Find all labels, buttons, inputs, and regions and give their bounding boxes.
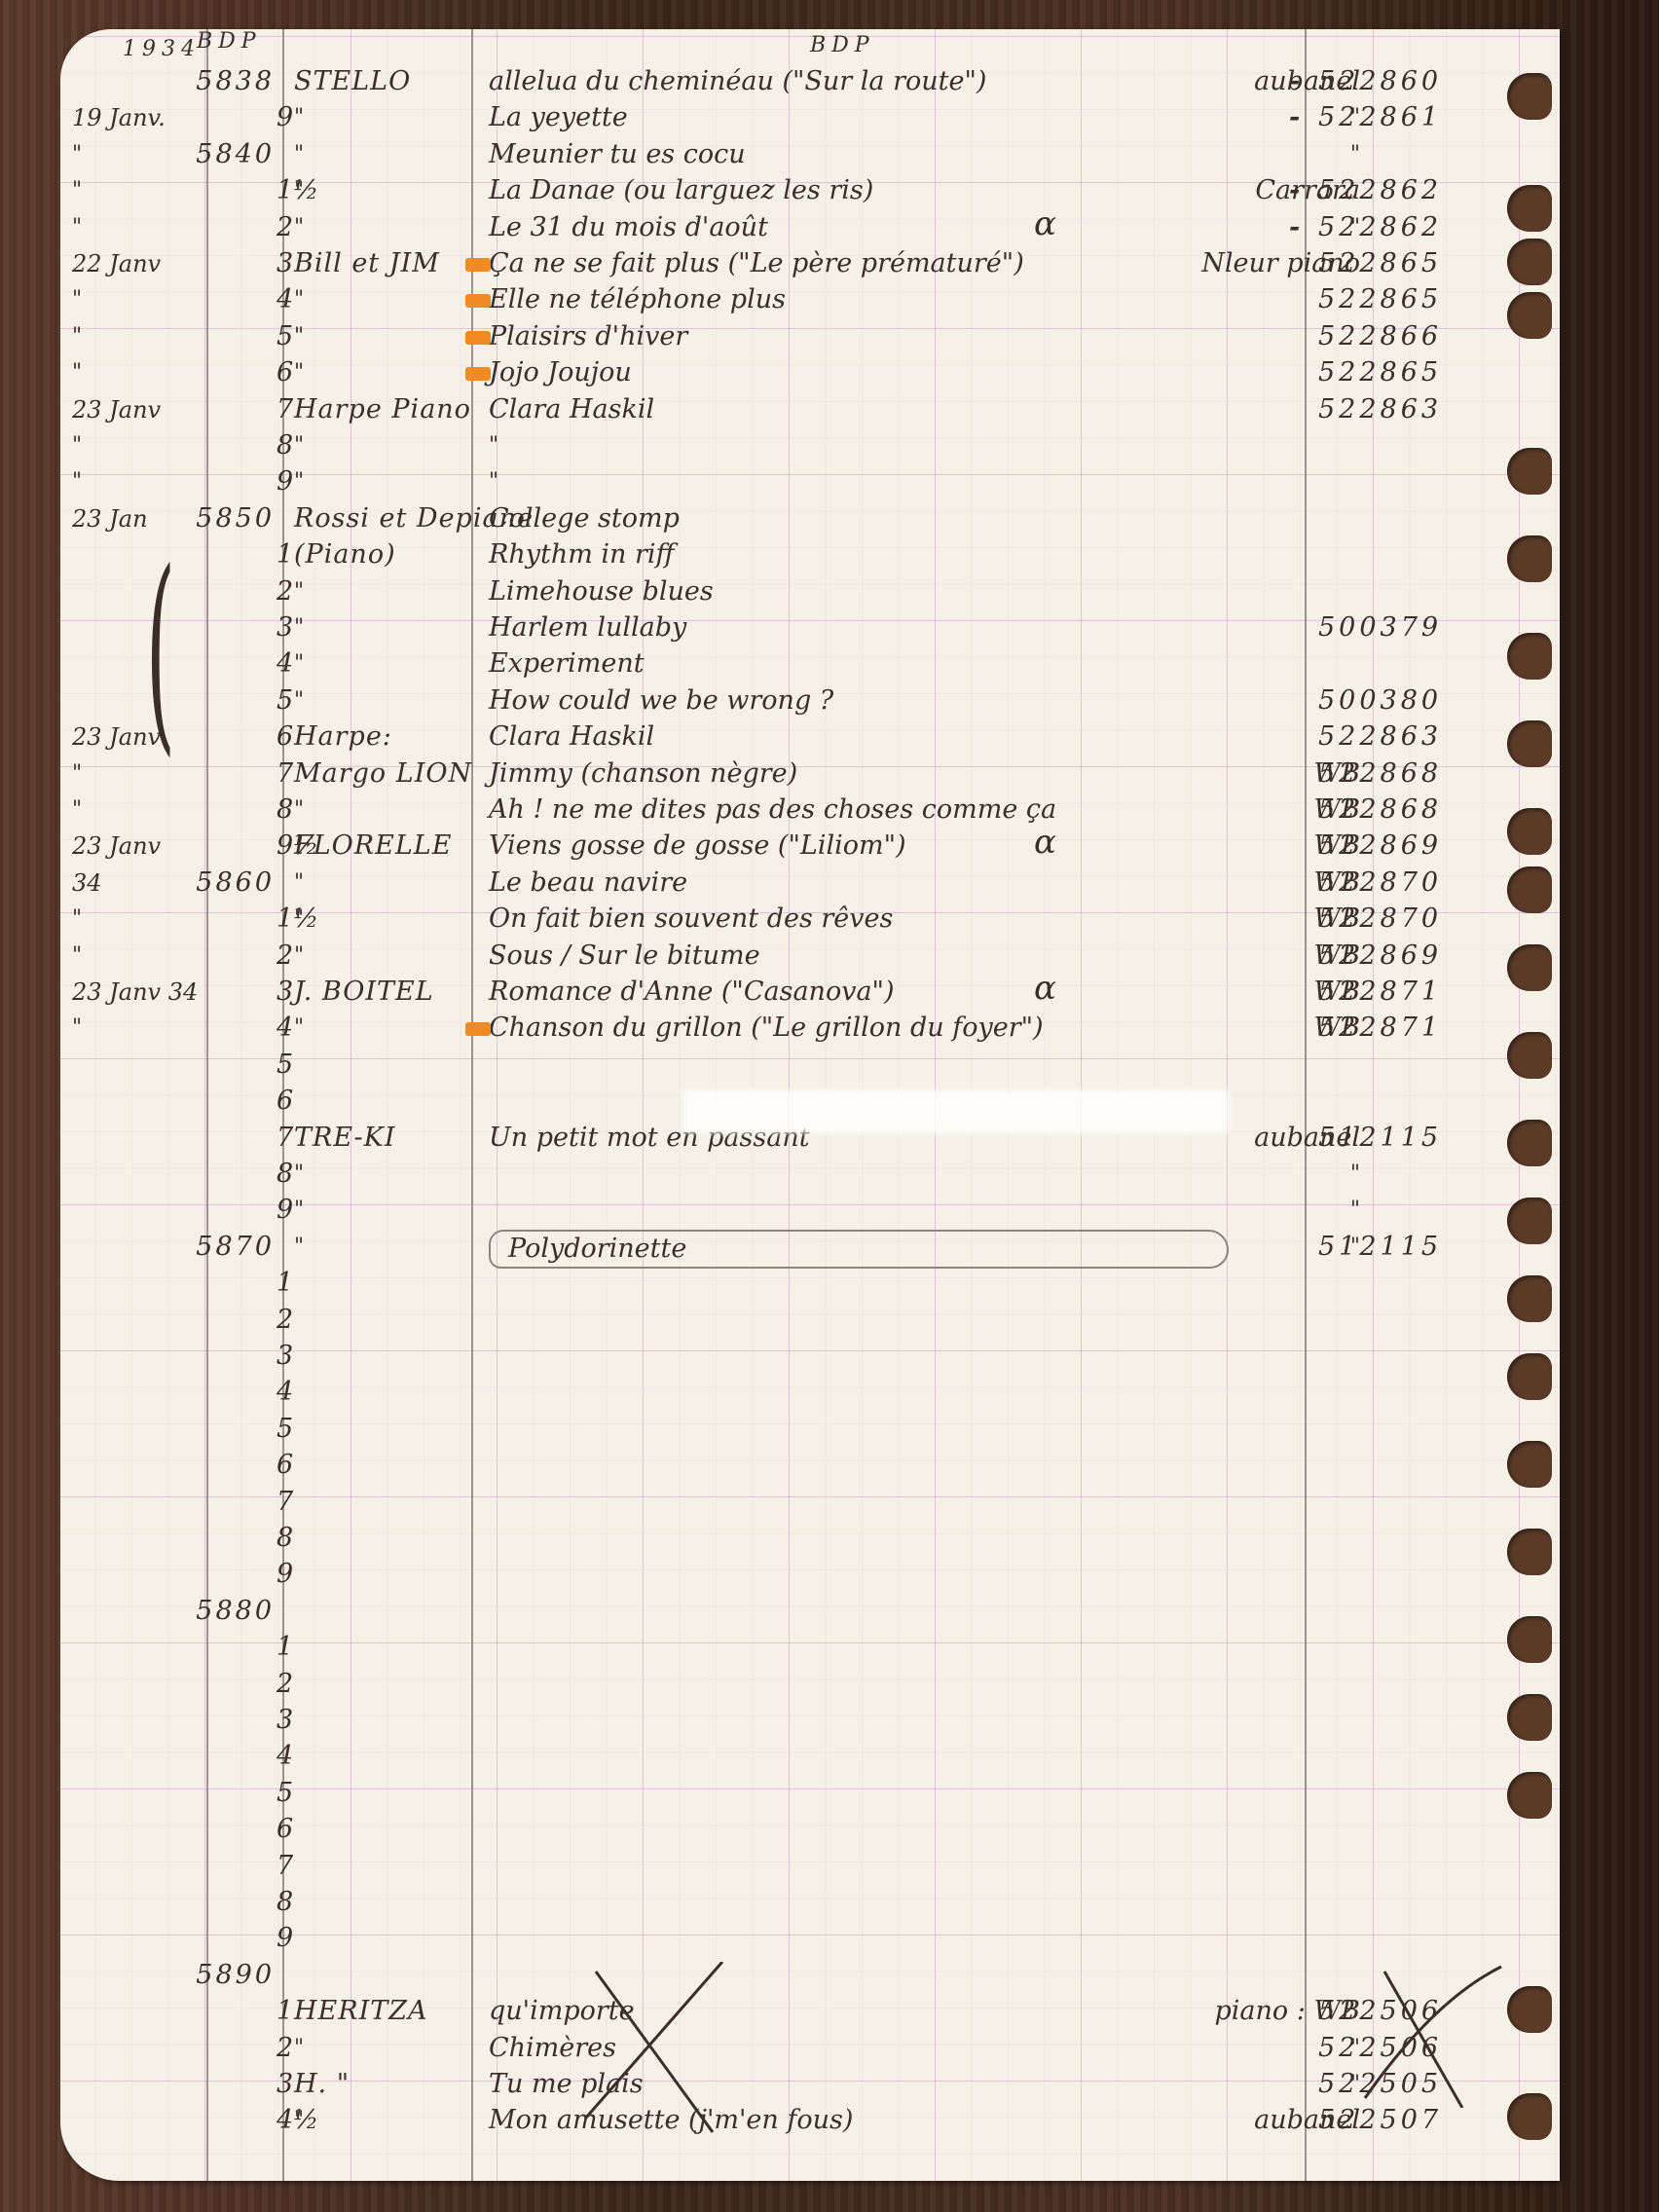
ledger-row: 2: [60, 1303, 1560, 1338]
row-title: Le 31 du mois d'août: [489, 210, 1190, 245]
ledger-row: "6"Jojo Joujou522865: [60, 355, 1560, 390]
binder-hole: [1507, 1616, 1552, 1663]
ledger-row: "4"Elle ne téléphone plus522865: [60, 282, 1560, 317]
ledger-row: 1HERITZAqu'importepiano : WB522506: [60, 1994, 1560, 2029]
ledger-row: 23 Janv 343J. BOITELRomance d'Anne ("Cas…: [60, 975, 1560, 1010]
ledger-row: 7: [60, 1849, 1560, 1884]
binder-hole: [1507, 185, 1552, 232]
orange-highlight-mark: [465, 367, 491, 381]
binder-hole: [1507, 944, 1552, 991]
ledger-row: 1: [60, 1266, 1560, 1301]
row-idx: 6: [276, 1812, 315, 1847]
ledger-row: 23 Janv7Harpe PianoClara Haskil522863: [60, 392, 1560, 427]
bdp-header: BDP: [197, 29, 262, 54]
row-bdp: 5838: [158, 64, 275, 99]
ledger-row: "8"Ah ! ne me dites pas des choses comme…: [60, 793, 1560, 828]
row-matrix: 500380: [1318, 683, 1532, 719]
row-idx: 6: [276, 1448, 315, 1483]
row-title: Experiment: [489, 646, 1190, 682]
binder-hole: [1507, 1441, 1552, 1488]
ledger-row: 23 Janv6Harpe:Clara Haskil522863: [60, 719, 1560, 755]
row-date: 23 Janv 34: [72, 975, 189, 1010]
row-title: Viens gosse de gosse ("Liliom"): [489, 829, 1190, 864]
ledger-row: 9"": [60, 1193, 1560, 1228]
row-date: ": [72, 428, 189, 463]
ledger-row: 5: [60, 1412, 1560, 1447]
binder-hole: [1507, 239, 1552, 285]
row-title: Chanson du grillon ("Le grillon du foyer…: [489, 1011, 1190, 1046]
ledger-row: 8: [60, 1885, 1560, 1920]
row-idx: 8: [276, 1521, 315, 1556]
row-idx: 8: [276, 1885, 315, 1920]
row-matrix: 522868: [1318, 756, 1532, 792]
ledger-row: "7Margo LIONJimmy (chanson nègre)WB52286…: [60, 756, 1560, 792]
binder-hole: [1507, 1772, 1552, 1819]
ledger-row: 1: [60, 1630, 1560, 1665]
row-artist: ": [294, 1157, 528, 1192]
binder-hole: [1507, 866, 1552, 913]
ledger-row: 6: [60, 1448, 1560, 1483]
row-matrix: 522863: [1318, 719, 1532, 755]
row-title: College stomp: [489, 501, 1190, 536]
ledger-row: 5"How could we be wrong ?500380: [60, 683, 1560, 719]
ledger-row: 2: [60, 1667, 1560, 1702]
ledger-row: 3H. "Tu me plais"522505: [60, 2067, 1560, 2102]
row-label: ": [1126, 137, 1360, 172]
ledger-row: 9: [60, 1921, 1560, 1956]
row-bdp: 5860: [158, 866, 275, 901]
ledger-row: 4: [60, 1375, 1560, 1410]
row-idx: 1: [276, 1630, 315, 1665]
row-date: ": [72, 319, 189, 354]
binder-hole: [1507, 1120, 1552, 1166]
ledger-row: 3"Harlem lullaby500379: [60, 610, 1560, 645]
row-idx: 7: [276, 1485, 315, 1520]
row-matrix: 522862: [1318, 210, 1532, 245]
row-matrix: 512115: [1318, 1121, 1532, 1156]
binder-hole: [1507, 1032, 1552, 1079]
binder-hole: [1507, 448, 1552, 495]
row-bdp: 5890: [158, 1958, 275, 1993]
row-title: Jimmy (chanson nègre): [489, 756, 1190, 792]
row-date: 23 Janv: [72, 829, 189, 864]
ledger-row: "8"": [60, 428, 1560, 463]
ledger-row: 6: [60, 1812, 1560, 1847]
row-matrix: 522871: [1318, 975, 1532, 1010]
row-matrix: 522868: [1318, 793, 1532, 828]
ledger-row: "5840"Meunier tu es cocu": [60, 137, 1560, 172]
row-title: How could we be wrong ?: [489, 683, 1190, 719]
row-matrix: 522869: [1318, 939, 1532, 974]
row-label: ": [1126, 1157, 1360, 1192]
year-note: 1934: [123, 37, 201, 61]
ledger-row: "9"": [60, 464, 1560, 499]
ledger-row: 4½"Mon amusette (j'm'en fous)aubanel5225…: [60, 2103, 1560, 2138]
row-idx: 9: [276, 1921, 315, 1956]
ledger-row: 9: [60, 1557, 1560, 1592]
ledger-row: 4: [60, 1739, 1560, 1774]
row-title: Elle ne téléphone plus: [489, 282, 1190, 317]
row-idx: 5: [276, 1412, 315, 1447]
row-matrix: 522869: [1318, 829, 1532, 864]
ledger-row: 1(Piano)Rhythm in riff: [60, 537, 1560, 572]
row-title: Clara Haskil: [489, 392, 1190, 427]
row-idx: 2: [276, 1303, 315, 1338]
row-idx: 4: [276, 1739, 315, 1774]
alpha-annotation-mark: α: [1034, 823, 1056, 862]
row-title: Romance d'Anne ("Casanova"): [489, 975, 1190, 1010]
row-idx: 3: [276, 1339, 315, 1374]
row-title: Polydorinette: [489, 1230, 1229, 1269]
binder-hole: [1507, 720, 1552, 767]
row-title: On fait bien souvent des rêves: [489, 902, 1190, 937]
row-idx: 5: [276, 1776, 315, 1811]
row-idx: 7: [276, 1849, 315, 1884]
row-matrix: 522865: [1318, 355, 1532, 390]
row-title: ": [489, 428, 1190, 463]
binder-hole: [1507, 1198, 1552, 1244]
row-matrix: 522507: [1318, 2103, 1532, 2138]
ledger-row: 8"": [60, 1157, 1560, 1192]
row-matrix: 522863: [1318, 392, 1532, 427]
row-date: ": [72, 793, 189, 828]
row-date: 23 Janv: [72, 392, 189, 427]
ledger-row: 7: [60, 1485, 1560, 1520]
row-bdp: 5880: [158, 1594, 275, 1629]
cross-out-mark-titles: [567, 1962, 742, 2137]
row-label: ": [1126, 1193, 1360, 1228]
bdp-header-title: BDP: [810, 33, 875, 57]
orange-highlight-mark: [465, 258, 491, 272]
row-bdp: 5840: [158, 137, 275, 172]
row-idx: 3: [276, 1703, 315, 1738]
binder-hole: [1507, 1529, 1552, 1575]
ledger-row: 23 Janv9½FLORELLEViens gosse de gosse ("…: [60, 829, 1560, 864]
row-date: ": [72, 902, 189, 937]
row-date: 22 Janv: [72, 246, 189, 281]
dash-mark: -: [1289, 64, 1300, 99]
dash-mark: -: [1289, 173, 1300, 208]
ledger-row: "1½"La Danae (ou larguez les ris)Carrara…: [60, 173, 1560, 208]
row-idx: 1: [276, 1266, 315, 1301]
binder-hole: [1507, 535, 1552, 582]
ledger-row: 4"Experiment: [60, 646, 1560, 682]
row-idx: 9: [276, 1557, 315, 1592]
ledger-row: 2"Limehouse blues: [60, 574, 1560, 609]
row-artist: ": [294, 1193, 528, 1228]
row-title: Ah ! ne me dites pas des choses comme ça: [489, 793, 1190, 828]
row-title: Clara Haskil: [489, 719, 1190, 755]
row-title: Jojo Joujou: [489, 355, 1190, 390]
ledger-row: 5890: [60, 1958, 1560, 1993]
row-date: ": [72, 464, 189, 499]
ledger-row: 5870"Polydorinette"512115: [60, 1230, 1560, 1265]
row-date: 19 Janv.: [72, 100, 189, 135]
dash-mark: -: [1289, 100, 1300, 135]
row-bdp: 5870: [158, 1230, 275, 1265]
binder-hole: [1507, 1986, 1552, 2033]
row-idx: 2: [276, 1667, 315, 1702]
row-date: ": [72, 1011, 189, 1046]
binder-hole: [1507, 633, 1552, 680]
dash-mark: -: [1289, 210, 1300, 245]
orange-highlight-mark: [465, 1022, 491, 1036]
row-title: Le beau navire: [489, 866, 1190, 901]
row-idx: 4: [276, 1375, 315, 1410]
ledger-row: "5"Plaisirs d'hiver522866: [60, 319, 1560, 354]
row-title: Meunier tu es cocu: [489, 137, 1190, 172]
row-date: ": [72, 282, 189, 317]
row-matrix: 500379: [1318, 610, 1532, 645]
ledger-row: 5: [60, 1776, 1560, 1811]
ledger-row: 22 Janv3Bill et JIMÇa ne se fait plus ("…: [60, 246, 1560, 281]
row-matrix: 522870: [1318, 902, 1532, 937]
ledger-row: 2"Chimères"522506: [60, 2031, 1560, 2066]
ledger-row: "4"Chanson du grillon ("Le grillon du fo…: [60, 1011, 1560, 1046]
row-date: ": [72, 173, 189, 208]
row-title: ": [489, 464, 1190, 499]
row-matrix: 522870: [1318, 866, 1532, 901]
cross-out-mark-matrix: [1355, 1962, 1511, 2108]
row-title: La Danae (ou larguez les ris): [489, 173, 1190, 208]
binder-hole: [1507, 1694, 1552, 1741]
row-matrix: 522861: [1318, 100, 1532, 135]
row-idx: 6: [276, 1084, 315, 1119]
row-matrix: 522860: [1318, 64, 1532, 99]
binder-hole: [1507, 292, 1552, 339]
ledger-row: 5: [60, 1048, 1560, 1083]
ledger-row: 3: [60, 1339, 1560, 1374]
alpha-annotation-mark: α: [1034, 204, 1056, 243]
ledger-row: "1½"On fait bien souvent des rêvesWB5228…: [60, 902, 1560, 937]
row-title: Ça ne se fait plus ("Le père prématuré"): [489, 246, 1190, 281]
row-title: Limehouse blues: [489, 574, 1190, 609]
ledger-row: 8: [60, 1521, 1560, 1556]
ledger-row: 3: [60, 1703, 1560, 1738]
row-matrix: 522871: [1318, 1011, 1532, 1046]
row-matrix: 522865: [1318, 282, 1532, 317]
row-title: allelua du cheminéau ("Sur la route"): [489, 64, 1190, 99]
binder-hole: [1507, 2093, 1552, 2140]
alpha-annotation-mark: α: [1034, 969, 1056, 1008]
row-matrix: 522862: [1318, 173, 1532, 208]
binder-hole: [1507, 808, 1552, 855]
row-date: ": [72, 210, 189, 245]
binder-hole: [1507, 73, 1552, 120]
bracket-mark: (: [146, 526, 175, 775]
row-title: Plaisirs d'hiver: [489, 319, 1190, 354]
ledger-row: "2"Le 31 du mois d'août"522862α-: [60, 210, 1560, 245]
erased-text-area: [683, 1090, 1229, 1133]
ledger-row: 5838STELLOallelua du cheminéau ("Sur la …: [60, 64, 1560, 99]
ledger-row: 345860"Le beau navireWB522870: [60, 866, 1560, 901]
ledger-row: 5880: [60, 1594, 1560, 1629]
row-bdp: 5850: [158, 501, 275, 536]
orange-highlight-mark: [465, 331, 491, 345]
ledger-row: 23 Jan5850Rossi et DepianeCollege stomp: [60, 501, 1560, 536]
row-title: Harlem lullaby: [489, 610, 1190, 645]
row-date: ": [72, 355, 189, 390]
row-title: La yeyette: [489, 100, 1190, 135]
ledger-page: 1934 BDP BDP 5838STELLOallelua du chemin…: [60, 29, 1560, 2181]
row-title: Rhythm in riff: [489, 537, 1190, 572]
ledger-row: 19 Janv.9"La yeyette"522861-: [60, 100, 1560, 135]
row-matrix: 522866: [1318, 319, 1532, 354]
row-title: Sous / Sur le bitume: [489, 939, 1190, 974]
ledger-row: "2"Sous / Sur le bitumeWB522869: [60, 939, 1560, 974]
orange-highlight-mark: [465, 294, 491, 308]
row-date: ": [72, 939, 189, 974]
row-matrix: 512115: [1318, 1230, 1532, 1265]
row-idx: 5: [276, 1048, 315, 1083]
binder-hole: [1507, 1275, 1552, 1322]
row-matrix: 522865: [1318, 246, 1532, 281]
binder-hole: [1507, 1353, 1552, 1400]
